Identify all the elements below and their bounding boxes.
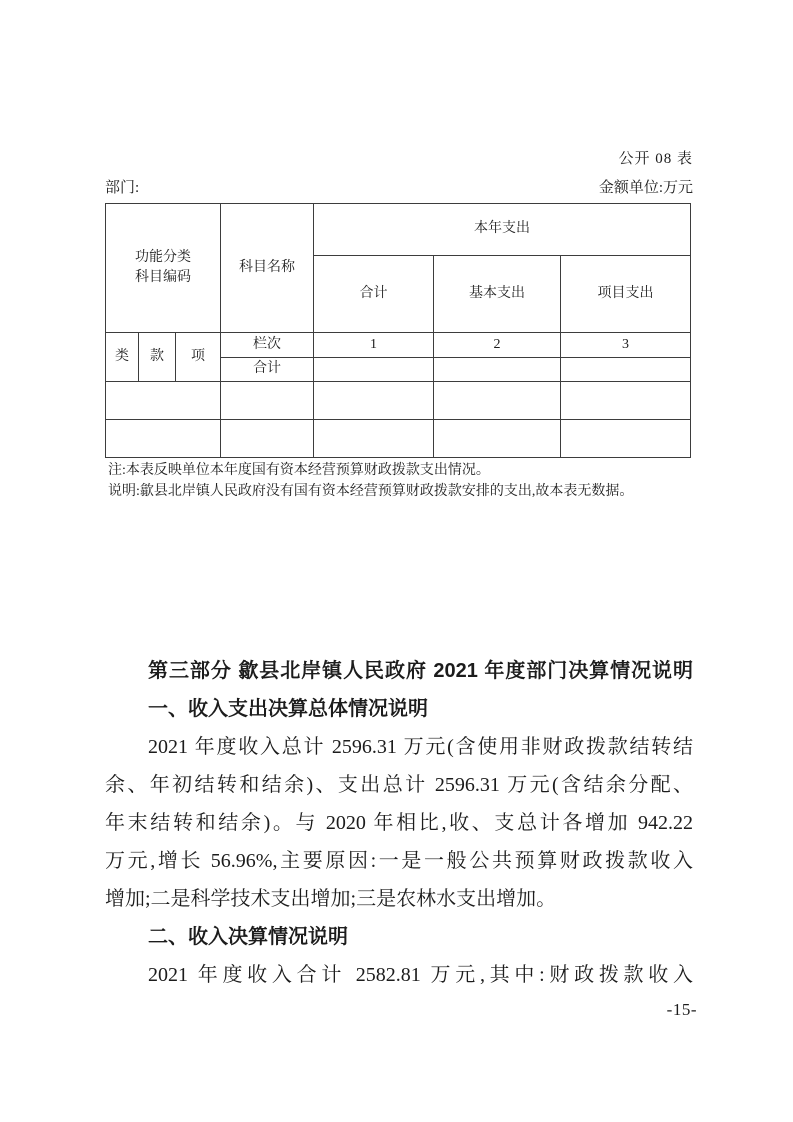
row-basic-cell: [434, 420, 561, 458]
amount-unit-label: 金额单位:万元: [599, 176, 693, 197]
row-project-cell: [561, 420, 691, 458]
function-code-line2: 科目编码: [108, 268, 218, 288]
total-row-total-cell: [314, 358, 434, 382]
column-index-row: 类 款 项 栏次 1 2 3: [106, 333, 691, 358]
row-name-cell: [221, 382, 314, 420]
paragraph1-line: 万元,增长 56.96%,主要原因:一是一般公共预算财政拨款收入: [105, 842, 693, 880]
header-cell-subject-name: 科目名称: [221, 204, 314, 333]
form-number-label: 公开 08 表: [618, 147, 693, 168]
row-code-cell: [106, 420, 221, 458]
paragraph1-line: 2021 年度收入总计 2596.31 万元(含使用非财政拨款结转结: [105, 728, 693, 766]
row-name-cell: [221, 420, 314, 458]
narrative-section: 第三部分 歙县北岸镇人民政府 2021 年度部门决算情况说明 一、收入支出决算总…: [105, 652, 693, 994]
table-meta-row: 部门: 金额单位:万元: [105, 176, 693, 197]
row-total-cell: [314, 420, 434, 458]
subheader-cell-section: 款: [139, 333, 176, 382]
column-number-2: 2: [434, 333, 561, 358]
document-page: 公开 08 表 部门: 金额单位:万元 功能分类 科目编码 科目名称 本年支出 …: [0, 0, 793, 1122]
table-row: [106, 420, 691, 458]
paragraph1-line: 余、年初结转和结余)、支出总计 2596.31 万元(含结余分配、: [105, 766, 693, 804]
column-number-3: 3: [561, 333, 691, 358]
table-header-row-1: 功能分类 科目编码 科目名称 本年支出: [106, 204, 691, 256]
state-capital-expenditure-table: 功能分类 科目编码 科目名称 本年支出 合计 基本支出 项目支出 类 款 项 栏…: [105, 203, 691, 458]
subheader-cell-item: 项: [176, 333, 221, 382]
column-row-label: 栏次: [221, 333, 314, 358]
total-row-basic-cell: [434, 358, 561, 382]
part-three-heading: 第三部分 歙县北岸镇人民政府 2021 年度部门决算情况说明: [105, 652, 693, 690]
paragraph1-line: 年末结转和结余)。与 2020 年相比,收、支总计各增加 942.22: [105, 804, 693, 842]
function-code-line1: 功能分类: [108, 248, 218, 268]
paragraph1-line: 增加;二是科学技术支出增加;三是农林水支出增加。: [105, 880, 693, 918]
paragraph2-line: 2021 年度收入合计 2582.81 万元,其中:财政拨款收入: [105, 956, 693, 994]
row-code-cell: [106, 382, 221, 420]
note-line: 注:本表反映单位本年度国有资本经营预算财政拨款支出情况。: [108, 460, 708, 481]
table-notes: 注:本表反映单位本年度国有资本经营预算财政拨款支出情况。 说明:歙县北岸镇人民政…: [108, 460, 708, 502]
row-basic-cell: [434, 382, 561, 420]
row-total-cell: [314, 382, 434, 420]
row-project-cell: [561, 382, 691, 420]
section1-title: 一、收入支出决算总体情况说明: [105, 690, 693, 728]
subheader-cell-category: 类: [106, 333, 139, 382]
total-row-label: 合计: [221, 358, 314, 382]
header-cell-basic-expenditure: 基本支出: [434, 256, 561, 333]
section2-title: 二、收入决算情况说明: [105, 918, 693, 956]
header-cell-current-year-expenditure: 本年支出: [314, 204, 691, 256]
header-cell-project-expenditure: 项目支出: [561, 256, 691, 333]
page-number: -15-: [667, 1000, 697, 1020]
table-row: [106, 382, 691, 420]
explanation-line: 说明:歙县北岸镇人民政府没有国有资本经营预算财政拨款安排的支出,故本表无数据。: [108, 481, 708, 502]
column-number-1: 1: [314, 333, 434, 358]
header-cell-total: 合计: [314, 256, 434, 333]
total-row-project-cell: [561, 358, 691, 382]
header-cell-function-code: 功能分类 科目编码: [106, 204, 221, 333]
department-label: 部门:: [105, 176, 139, 197]
